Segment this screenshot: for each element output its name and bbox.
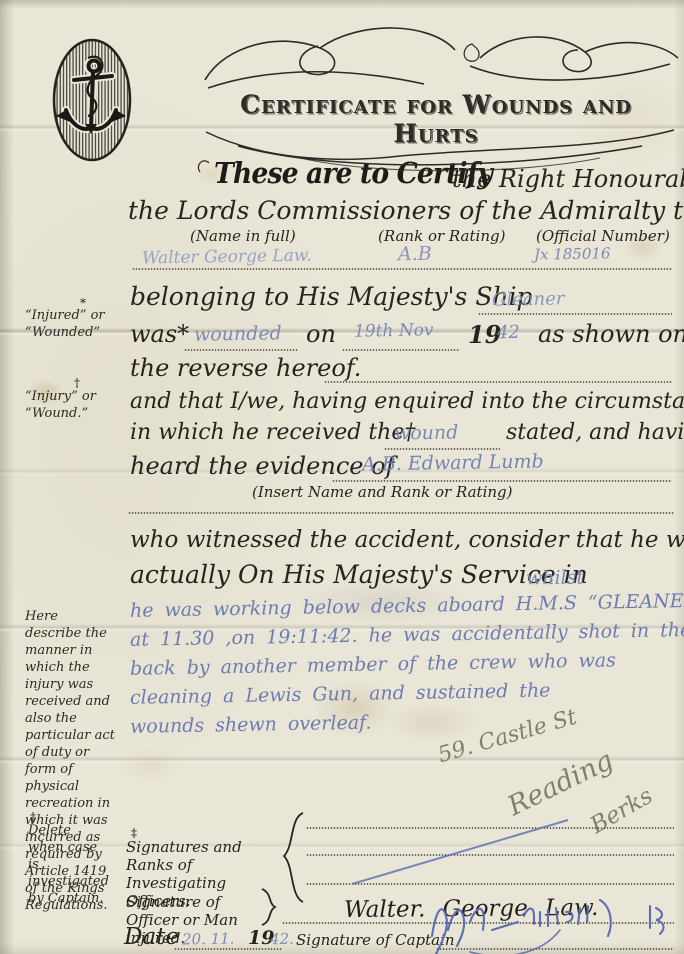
certify-honourable: the Right Honourable (452, 165, 684, 193)
signature-rule (306, 854, 674, 856)
captain-signature-label: Signature of Captain (296, 931, 455, 949)
label-name-in-full: (Name in full) (190, 227, 296, 245)
signature-rule (306, 827, 674, 829)
printed-on: on (306, 320, 336, 348)
section-rule (128, 512, 674, 514)
ship-printed: belonging to His Majesty's Ship (130, 282, 533, 311)
enquiry-line1: and that I/we, having enquired into the … (130, 389, 684, 414)
entry-wounded: wounded (194, 322, 282, 346)
signature-rule (282, 922, 674, 924)
entry-year: 42. (270, 930, 294, 948)
certificate-title: Certificate for Wounds and Hurts (194, 90, 678, 148)
entry-wound: wound (394, 421, 459, 444)
title-flourish-top (205, 28, 678, 88)
service-line1: who witnessed the accident, consider tha… (130, 527, 684, 553)
entry-witness: A.B. Edward Lumb (362, 450, 544, 475)
certificate-page: Certificate for Wounds and Hurts These a… (0, 0, 684, 954)
entry-rule (324, 381, 672, 383)
entry-rule (332, 480, 672, 482)
margin-note-delete: Delete when case is investigated by Capt… (28, 822, 106, 907)
margin-note-injured: “Injured” or “Wounded” (25, 307, 109, 341)
enquiry-line3: heard the evidence of (130, 452, 394, 480)
entry-official-number: Jx 185016 (534, 244, 611, 263)
entry-rule (184, 349, 298, 351)
entry-rule (132, 268, 672, 270)
entry-rule (384, 448, 500, 450)
entry-rule (342, 349, 460, 351)
enquiry-line2-pre: in which he received the† (130, 420, 415, 445)
margin-note-injury: “Injury” or “Wound.” (25, 388, 109, 422)
anchor-icon (50, 36, 134, 164)
entry-rule (436, 948, 674, 950)
entry-ship: Gleaner (492, 288, 565, 310)
service-line2: actually On His Majesty's Service in (130, 560, 588, 589)
entry-date-day: 19th Nov (354, 320, 434, 341)
date-label: Date (124, 924, 179, 950)
printed-reverse-hereof: the reverse hereof. (130, 354, 361, 382)
entry-rank: A.B (398, 243, 432, 266)
entry-date: 20. 11. (182, 930, 235, 949)
entry-year-42: 42 (497, 322, 520, 343)
handwritten-account: he was working below decks aboard H.M.S … (130, 592, 682, 737)
entry-name: Walter George Law. (142, 246, 312, 269)
investigating-brace (284, 813, 303, 902)
certify-lead: These are to Certify (214, 156, 492, 190)
enquiry-line2-post: stated, and having (506, 420, 684, 445)
printed-as-shown-on: as shown on (538, 320, 684, 348)
certify-commissioners: the Lords Commissioners of the Admiralty… (128, 196, 684, 225)
ink-strike-line (352, 820, 568, 884)
signature-rule (306, 883, 674, 885)
pencil-address-line3: Berks (586, 783, 657, 839)
printed-was: was* (130, 320, 189, 348)
label-official-number: (Official Number) (536, 227, 670, 245)
officer-signature: Walter. George Law. (344, 895, 599, 923)
entry-rule (478, 313, 672, 315)
insert-name-caption: (Insert Name and Rank or Rating) (252, 483, 512, 501)
entry-service-lead: whilst (526, 566, 584, 589)
